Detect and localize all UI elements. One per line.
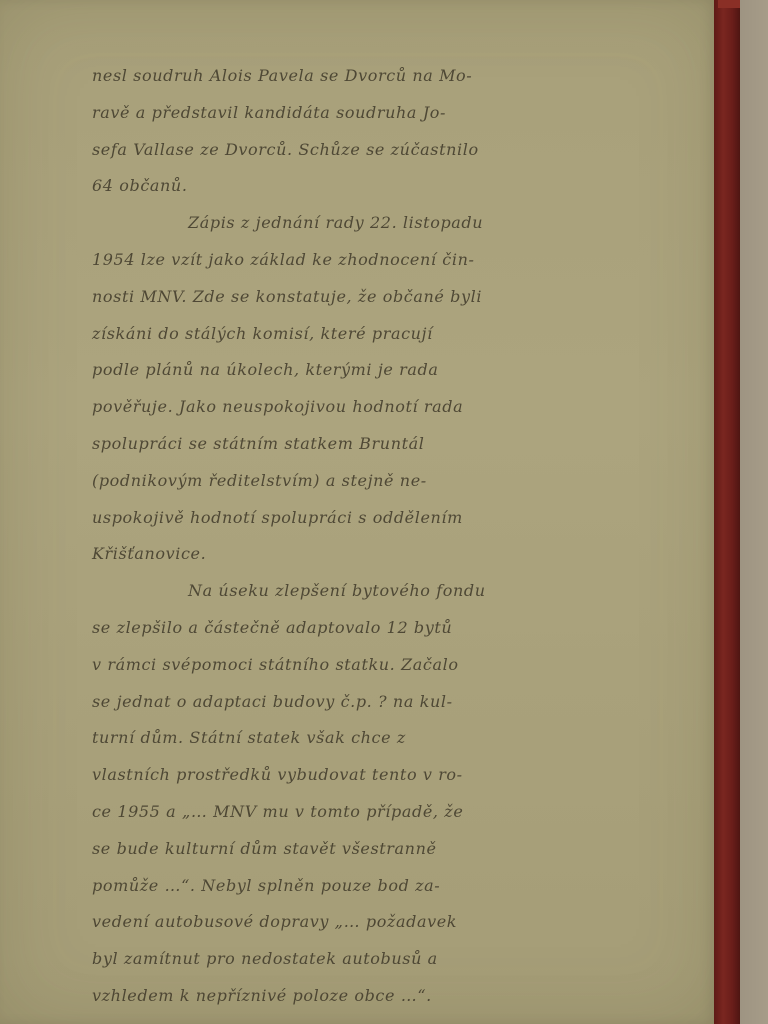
text-line-22: se bude kulturní dům stavět všestranně <box>92 831 612 868</box>
paragraph-2-start: Zápis z jednání rady 22. listopadu <box>92 205 612 242</box>
text-line-12: (podnikovým ředitelstvím) a stejně ne- <box>92 463 612 500</box>
text-line-25: byl zamítnut pro nedostatek autobusů a <box>92 941 612 978</box>
text-line-26: vzhledem k nepříznivé poloze obce …“. <box>92 978 612 1015</box>
text-line-16: se zlepšilo a částečně adaptovalo 12 byt… <box>92 610 612 647</box>
text-line-18: se jednat o adaptaci budovy č.p. ? na ku… <box>92 684 612 721</box>
text-line-11: spolupráci se státním statkem Bruntál <box>92 426 612 463</box>
text-line-9: podle plánů na úkolech, kterými je rada <box>92 352 612 389</box>
text-line-14: Křišťanovice. <box>92 536 612 573</box>
binding-corner <box>718 0 740 8</box>
paragraph-3-start: Na úseku zlepšení bytového fondu <box>92 573 612 610</box>
text-line-21: ce 1955 a „… MNV mu v tomto případě, že <box>92 794 612 831</box>
text-line-1: nesl soudruh Alois Pavela se Dvorců na M… <box>92 58 612 95</box>
text-line-3: sefa Vallase ze Dvorců. Schůze se zúčast… <box>92 132 612 169</box>
text-line-4: 64 občanů. <box>92 168 612 205</box>
text-line-17: v rámci svépomoci státního statku. Začal… <box>92 647 612 684</box>
text-line-19: turní dům. Státní statek však chce z <box>92 720 612 757</box>
text-line-8: získáni do stálých komisí, které pracují <box>92 316 612 353</box>
text-line-7: nosti MNV. Zde se konstatuje, že občané … <box>92 279 612 316</box>
text-line-20: vlastních prostředků vybudovat tento v r… <box>92 757 612 794</box>
text-line-2: ravě a představil kandidáta soudruha Jo- <box>92 95 612 132</box>
document-page: nesl soudruh Alois Pavela se Dvorců na M… <box>0 0 716 1024</box>
text-line-13: uspokojivě hodnotí spolupráci s oddělení… <box>92 500 612 537</box>
text-line-23: pomůže …“. Nebyl splněn pouze bod za- <box>92 868 612 905</box>
book-binding-edge <box>714 0 740 1024</box>
text-line-10: pověřuje. Jako neuspokojivou hodnotí rad… <box>92 389 612 426</box>
handwritten-text-block: nesl soudruh Alois Pavela se Dvorců na M… <box>92 58 612 1015</box>
text-line-24: vedení autobusové dopravy „… požadavek <box>92 904 612 941</box>
text-line-6: 1954 lze vzít jako základ ke zhodnocení … <box>92 242 612 279</box>
scan-background <box>740 0 768 1024</box>
